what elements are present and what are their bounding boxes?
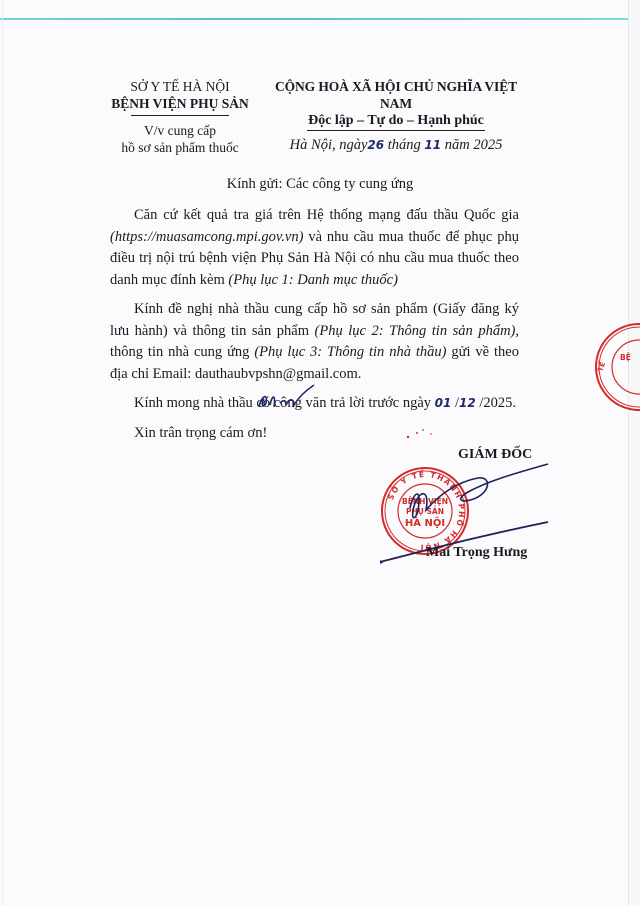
text: thông tin nhà cung ứng (110, 344, 249, 360)
text: Căn cứ kết quả tra giá trên Hệ thống mạn… (134, 207, 519, 223)
procurement-link: (https://muasamcong.mpi.gov.vn) (110, 229, 303, 245)
paragraph-1: Căn cứ kết quả tra giá trên Hệ thống mạn… (110, 205, 519, 291)
divider (131, 115, 229, 116)
national-motto: Độc lập – Tự do – Hạnh phúc (262, 112, 530, 129)
paragraph-4: Xin trân trọng cám ơn! (110, 423, 519, 445)
nation-title: CỘNG HOÀ XÃ HỘI CHỦ NGHĨA VIỆT NAM (262, 78, 530, 112)
appendix-1-ref: (Phụ lục 1: Danh mục thuốc) (228, 272, 398, 288)
paragraph-2: Kính đề nghị nhà thầu cung cấp hồ sơ sản… (110, 299, 519, 385)
signatory-name: Mai Trọng Hưng (426, 545, 527, 561)
month-label: tháng (388, 137, 421, 153)
subject-line-1: V/v cung cấp (95, 122, 265, 139)
issuing-authority-block: SỞ Y TẾ HÀ NỘI BỆNH VIỆN PHỤ SẢN V/v cun… (95, 78, 265, 156)
handwritten-deadline-month: 12 (459, 396, 476, 410)
recipient-line: Kính gửi: Các công ty cung ứng (0, 176, 640, 193)
handwritten-month: 11 (424, 138, 441, 152)
handwritten-initials (256, 383, 316, 413)
appendix-3-ref: (Phụ lục 3: Thông tin nhà thầu) (254, 344, 446, 360)
svg-text:BỆ: BỆ (620, 353, 631, 362)
letter-body: Căn cứ kết quả tra giá trên Hệ thống mạn… (110, 205, 519, 452)
deadline-year: /2025. (479, 395, 516, 411)
subject-line-2: hồ sơ sản phẩm thuốc (95, 139, 265, 156)
national-header-block: CỘNG HOÀ XÃ HỘI CHỦ NGHĨA VIỆT NAM Độc l… (262, 78, 530, 155)
page-edge-left (2, 0, 3, 906)
year-label: năm 2025 (445, 137, 503, 153)
handwritten-deadline-day: 01 (435, 396, 452, 410)
closing-text: Xin trân trọng cám ơn! (134, 425, 267, 441)
dateline: Hà Nội, ngày26 tháng 11 năm 2025 (262, 135, 530, 155)
partial-stamp-right-margin: BỆ TẾ (594, 322, 640, 412)
divider (307, 130, 485, 131)
page-edge-right (628, 0, 640, 906)
scanner-line (0, 18, 640, 20)
hospital-name: BỆNH VIỆN PHỤ SẢN (95, 95, 265, 112)
ink-specks (405, 428, 445, 440)
ministry-name: SỞ Y TẾ HÀ NỘI (95, 78, 265, 95)
appendix-2-ref: (Phụ lục 2: Thông tin sản phẩm), (315, 323, 519, 339)
handwritten-day: 26 (367, 138, 384, 152)
date-prefix: Hà Nội, ngày (290, 137, 368, 153)
